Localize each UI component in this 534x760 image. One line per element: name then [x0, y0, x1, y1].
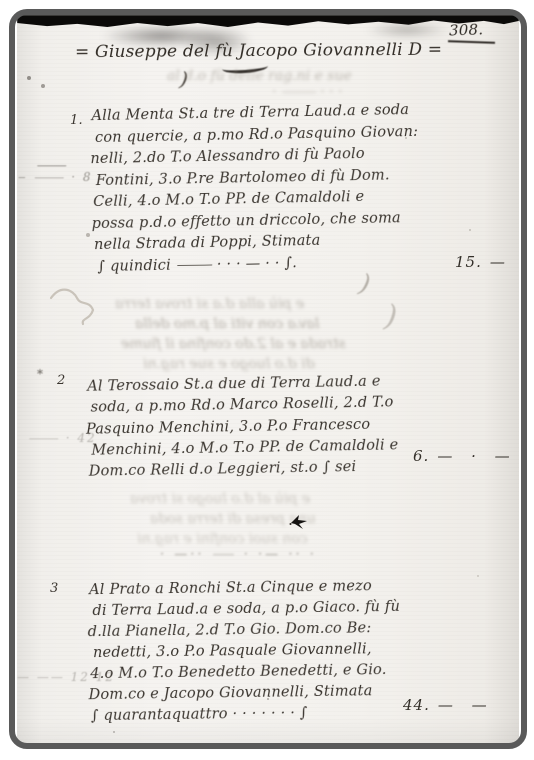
entry-text: Alla Menta St.a tre di Terra Laud.a e so… [91, 100, 420, 278]
bleedthrough-line: e più al d.o luogo si trova [130, 490, 310, 509]
amount-lire: 6. [413, 447, 429, 465]
bleedthrough-line: e più alla d.a si trova terra [115, 295, 304, 314]
folio-underline [448, 40, 495, 44]
amount-lire: 44. [403, 696, 430, 714]
bleedthrough-line: di d.o luogo e sue rag.ni [143, 355, 315, 374]
bleedthrough-line: strada e al 2.do confina il fiume [121, 335, 346, 354]
amount-dashes: — · — [437, 447, 510, 465]
bleedthrough-line: lav.a con viti al p.mo della [135, 315, 319, 334]
paper-speckles [17, 15, 19, 17]
ink-blot [289, 513, 313, 531]
amount-lire: 15. [455, 253, 482, 271]
manuscript-line: ∫ quarantaquattro · · · · · · · ∫ [91, 702, 402, 727]
manuscript-line: Dom.co Relli d.o Leggieri, st.o ∫ sei [89, 456, 399, 483]
page-title: = Giuseppe del fù Jacopo Giovannelli D = [75, 40, 439, 63]
amount-value: 6.— · — [413, 447, 511, 465]
pencil-squiggle [47, 280, 97, 330]
smudge-row: · —·· ⸺ · ·— ·· · [160, 543, 317, 562]
entry-text: Al Terossaio St.a due di Terra Laud.a e … [87, 371, 399, 483]
manuscript-page: 308. = Giuseppe del fù Jacopo Giovannell… [17, 15, 519, 746]
margin-star: * [37, 367, 43, 381]
entry-text: Al Prato a Ronchi St.a Cinque e mezo di … [89, 576, 402, 727]
folio-number: 308. [449, 20, 484, 39]
entry-number: 2 [57, 373, 65, 388]
scanned-document-viewer: 308. = Giuseppe del fù Jacopo Giovannell… [0, 0, 534, 760]
amount-value: 15.— · — [455, 253, 534, 271]
bleedthrough-line: · ⸻ · · · [272, 83, 343, 102]
entry-number: 3 [50, 581, 58, 596]
amount-dashes: — — [438, 696, 488, 714]
amount-value: 44.— — [403, 696, 488, 714]
curve-mark: ) [383, 298, 399, 334]
entry-number: 1. [70, 113, 83, 128]
scan-edge-shadow [17, 15, 519, 28]
amount-dashes: — · — [490, 253, 534, 271]
